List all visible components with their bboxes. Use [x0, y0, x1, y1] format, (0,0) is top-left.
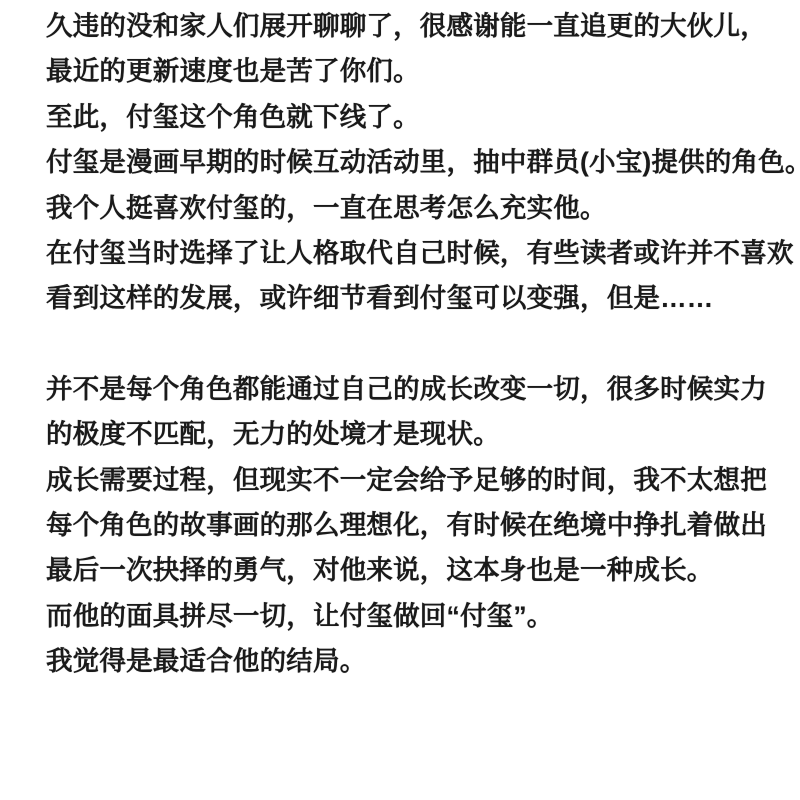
text-line: 至此，付玺这个角色就下线了。 — [46, 95, 792, 140]
text-line: 付玺是漫画早期的时候互动活动里，抽中群员(小宝)提供的角色。 — [46, 140, 792, 185]
text-line: 而他的面具拼尽一切，让付玺做回“付玺”。 — [46, 594, 792, 639]
text-line: 的极度不匹配，无力的处境才是现状。 — [46, 412, 792, 457]
author-note-page: 久违的没和家人们展开聊聊了，很感谢能一直追更的大伙儿， 最近的更新速度也是苦了你… — [0, 0, 800, 800]
text-line: 我觉得是最适合他的结局。 — [46, 639, 792, 684]
text-line: 我个人挺喜欢付玺的，一直在思考怎么充实他。 — [46, 186, 792, 231]
text-line: 最近的更新速度也是苦了你们。 — [46, 49, 792, 94]
text-line: 成长需要过程，但现实不一定会给予足够的时间，我不太想把 — [46, 458, 792, 503]
text-line: 最后一次抉择的勇气，对他来说，这本身也是一种成长。 — [46, 548, 792, 593]
paragraph-2: 并不是每个角色都能通过自己的成长改变一切，很多时候实力 的极度不匹配，无力的处境… — [46, 367, 792, 685]
text-line: 在付玺当时选择了让人格取代自己时候，有些读者或许并不喜欢 — [46, 231, 792, 276]
text-line: 每个角色的故事画的那么理想化，有时候在绝境中挣扎着做出 — [46, 503, 792, 548]
paragraph-1: 久违的没和家人们展开聊聊了，很感谢能一直追更的大伙儿， 最近的更新速度也是苦了你… — [46, 4, 792, 322]
text-line: 久违的没和家人们展开聊聊了，很感谢能一直追更的大伙儿， — [46, 4, 792, 49]
text-line: 并不是每个角色都能通过自己的成长改变一切，很多时候实力 — [46, 367, 792, 412]
text-line: 看到这样的发展，或许细节看到付玺可以变强，但是…… — [46, 276, 792, 321]
